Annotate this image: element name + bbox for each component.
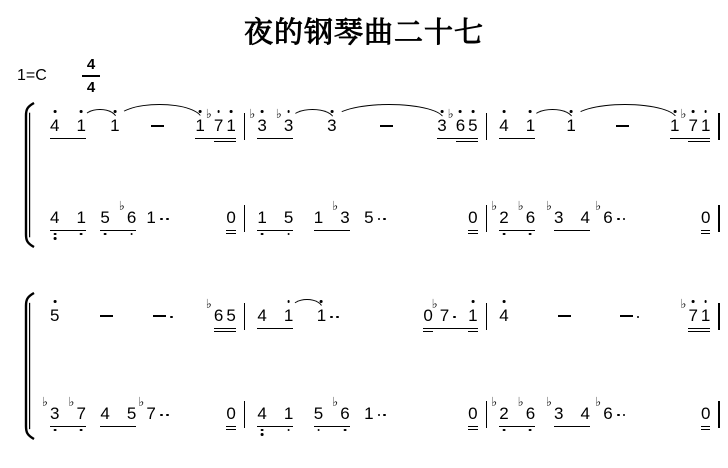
- note-digit-wrap: 7♭: [440, 306, 449, 325]
- augmentation-dot: [623, 414, 626, 417]
- spacer: [86, 196, 100, 246]
- note: 3♭: [554, 392, 563, 442]
- note-digit: 6: [127, 208, 136, 227]
- octave-dot-above: [53, 300, 56, 303]
- octave-dot-above: [330, 110, 333, 113]
- octave-dot-above: [692, 300, 695, 303]
- note: 4: [100, 392, 109, 442]
- dash-line: [616, 125, 629, 127]
- flat-icon: ♭: [68, 396, 74, 408]
- note-digit: 1: [701, 116, 710, 135]
- flat-icon: ♭: [119, 200, 125, 212]
- system-bracket-icon: [22, 102, 37, 248]
- note-digit-wrap: 2♭: [499, 208, 508, 227]
- note-digit-wrap: 1: [226, 116, 235, 135]
- octave-dot-above: [503, 300, 506, 303]
- spacer: [350, 196, 364, 246]
- note-digit-wrap: 4: [581, 404, 590, 423]
- note-digit: 5: [226, 306, 235, 325]
- note-digit: 6: [526, 208, 535, 227]
- beam-line: [701, 429, 710, 430]
- note-digit: 1: [701, 306, 710, 325]
- octave-dot-above: [503, 110, 506, 113]
- flat-icon: ♭: [518, 396, 524, 408]
- note-digit: 7: [214, 116, 223, 135]
- note: 4: [499, 294, 508, 344]
- note: 5: [50, 294, 59, 344]
- octave-dot-above: [217, 110, 220, 113]
- note-digit: 2: [499, 404, 508, 423]
- note-digit-wrap: 6♭: [603, 404, 612, 423]
- note: 6♭: [127, 196, 136, 246]
- octave-dot-below: [53, 429, 56, 432]
- note: 7♭: [440, 294, 456, 344]
- augmentation-dot: [170, 316, 173, 319]
- flat-icon: ♭: [680, 298, 686, 310]
- flat-icon: ♭: [595, 396, 601, 408]
- note: 7♭: [688, 294, 697, 344]
- note: 7♭: [76, 392, 85, 442]
- octave-dot-below: [529, 233, 532, 236]
- octave-dot-above: [704, 110, 707, 113]
- beam-line: [701, 230, 710, 231]
- measure: 41107♭1: [245, 294, 485, 344]
- beam-line: [701, 426, 710, 427]
- note-digit-wrap: 6♭: [526, 208, 535, 227]
- note-digit: 4: [581, 208, 590, 227]
- measure: 2♭6♭3♭46♭0: [487, 392, 718, 442]
- key-signature: 1=C: [17, 67, 47, 85]
- note-digit-wrap: 3♭: [340, 208, 349, 227]
- note: 1: [468, 294, 477, 344]
- note: 6♭: [526, 392, 535, 442]
- augmentation-dot: [166, 218, 169, 221]
- measure: 4156♭10: [245, 392, 485, 442]
- note-digit-wrap: 0: [701, 208, 710, 227]
- measure: 4156♭10: [38, 196, 244, 246]
- beam-group: 41: [257, 294, 293, 344]
- beam-line: [226, 429, 235, 430]
- spacer: [625, 196, 701, 246]
- note-digit: 5: [468, 116, 477, 135]
- note-digit-wrap: 7♭: [214, 116, 223, 135]
- note: 5: [127, 392, 136, 442]
- note-digit-wrap: 5: [226, 306, 235, 325]
- beam-group: 3♭7♭: [50, 392, 86, 442]
- note: 7♭: [146, 392, 168, 442]
- note: 4: [581, 392, 590, 442]
- note: 5: [364, 196, 386, 246]
- note-digit: 3: [50, 404, 59, 423]
- note: 1: [317, 294, 339, 344]
- dash-line: [151, 125, 164, 127]
- note-digit: 1: [364, 404, 373, 423]
- octave-dot-below: [261, 233, 264, 236]
- dash-line: [380, 125, 393, 127]
- note-digit-wrap: 5: [50, 306, 59, 325]
- page-title: 夜的钢琴曲二十七: [0, 0, 728, 51]
- note-digit: 0: [226, 208, 235, 227]
- flat-icon: ♭: [206, 298, 212, 310]
- note-digit: 1: [146, 208, 155, 227]
- note: 3♭: [50, 392, 59, 442]
- staff-row-treble: 41117♭13♭3♭336♭541117♭1: [38, 104, 720, 154]
- octave-dot-below: [503, 429, 506, 432]
- note-digit: 0: [468, 404, 477, 423]
- note-digit: 4: [499, 306, 508, 325]
- note-digit: 7: [688, 306, 697, 325]
- dash-note: [558, 294, 571, 344]
- note-digit: 5: [50, 306, 59, 325]
- octave-dot-below: [80, 429, 83, 432]
- barline: [718, 401, 720, 428]
- note-digit-wrap: 3♭: [554, 208, 563, 227]
- octave-dot-above: [570, 110, 573, 113]
- note-digit-wrap: 0: [701, 404, 710, 423]
- note-digit: 4: [257, 306, 266, 325]
- flat-icon: ♭: [138, 396, 144, 408]
- note-digit: 6: [603, 404, 612, 423]
- augmentation-dot: [383, 218, 386, 221]
- beam-group: 41: [499, 104, 535, 154]
- augmentation-dot: [378, 414, 381, 417]
- note: 6♭: [340, 392, 349, 442]
- note-digit-wrap: 6♭: [340, 404, 349, 423]
- octave-dot-below: [80, 233, 83, 236]
- note: 6♭: [603, 196, 625, 246]
- octave-dot-above: [529, 110, 532, 113]
- note-digit-wrap: 0: [468, 208, 477, 227]
- note-digit: 5: [284, 208, 293, 227]
- note-digit: 3: [554, 208, 563, 227]
- note-digit-wrap: 3♭: [554, 404, 563, 423]
- measure: 3♭7♭457♭0: [38, 392, 244, 442]
- note-digit: 1: [226, 116, 235, 135]
- note-digit: 0: [701, 208, 710, 227]
- note-digit: 4: [100, 404, 109, 423]
- note-digit-wrap: 5: [364, 208, 373, 227]
- beam-group: 17♭1: [195, 104, 235, 154]
- spacer: [350, 392, 364, 442]
- note: 6♭: [526, 196, 535, 246]
- note: 3♭: [284, 104, 293, 154]
- rest-note: 0: [468, 196, 477, 246]
- augmentation-dot: [623, 218, 626, 221]
- note: 7♭: [688, 104, 697, 154]
- note-digit: 4: [257, 404, 266, 423]
- beam-line: [423, 331, 432, 332]
- octave-dot-above: [261, 110, 264, 113]
- octave-dot-below: [503, 233, 506, 236]
- beam-group: 07♭1: [423, 294, 477, 344]
- beam-group: 6♭5: [214, 294, 236, 344]
- note-digit: 6: [340, 404, 349, 423]
- note-digit: 1: [284, 404, 293, 423]
- note-digit-wrap: 0: [226, 404, 235, 423]
- beam-group: 56♭: [314, 392, 350, 442]
- note-digit: 7: [146, 404, 155, 423]
- octave-dot-above: [673, 110, 676, 113]
- note-digit-wrap: 6♭: [526, 404, 535, 423]
- beam-line: [226, 233, 235, 234]
- note-digit-wrap: 5: [127, 404, 136, 423]
- note: 1: [284, 392, 293, 442]
- spacer: [113, 294, 154, 344]
- note-digit: 7: [688, 116, 697, 135]
- note-digit-wrap: 2♭: [499, 404, 508, 423]
- note: 1: [526, 104, 535, 154]
- time-signature-denominator: 4: [80, 77, 102, 95]
- spacer: [169, 196, 227, 246]
- note-digit-wrap: 7♭: [688, 116, 697, 135]
- beam-group: 7♭1: [688, 294, 710, 344]
- note: 5: [226, 294, 235, 344]
- note-digit-wrap: 6♭: [127, 208, 136, 227]
- beam-group: 2♭6♭: [499, 392, 535, 442]
- beam-group: 7♭1: [688, 104, 710, 154]
- octave-dot-above: [441, 110, 444, 113]
- augmentation-dot: [617, 218, 620, 221]
- rest-note: 0: [226, 392, 235, 442]
- octave-dot-above: [320, 300, 323, 303]
- note: 3♭: [340, 196, 349, 246]
- note: 1: [76, 104, 85, 154]
- beam-group: 3♭3♭: [257, 104, 293, 154]
- beam-group: 3♭4: [554, 196, 590, 246]
- flat-icon: ♭: [546, 396, 552, 408]
- note: 5: [314, 392, 323, 442]
- augmentation-dot: [378, 218, 381, 221]
- augmentation-dot: [336, 316, 339, 319]
- note-digit-wrap: 4: [257, 306, 266, 325]
- note-digit-wrap: 1: [284, 404, 293, 423]
- note-digit: 6: [526, 404, 535, 423]
- augmentation-dot: [637, 316, 640, 319]
- system-2: 56♭541107♭147♭1 3♭7♭457♭04156♭102♭6♭3♭46…: [0, 290, 728, 444]
- time-signature-numerator: 4: [80, 55, 102, 75]
- note-digit: 7: [76, 404, 85, 423]
- augmentation-dot: [166, 414, 169, 417]
- system-1: 41117♭13♭3♭336♭541117♭1 4156♭101513♭502♭…: [0, 100, 728, 250]
- note: 2♭: [499, 392, 508, 442]
- spacer: [386, 196, 468, 246]
- spacer: [386, 392, 468, 442]
- beam-line: [468, 429, 477, 430]
- sheet-page: 夜的钢琴曲二十七 1=C 4 4 41117♭13♭3♭336♭541117♭1…: [0, 0, 728, 468]
- note: 4: [257, 392, 266, 442]
- time-signature: 4 4: [80, 55, 102, 95]
- octave-dot-above: [471, 300, 474, 303]
- flat-icon: ♭: [448, 108, 454, 120]
- note-digit-wrap: 5: [100, 208, 109, 227]
- note-digit-wrap: 3♭: [257, 116, 266, 135]
- augmentation-dot: [383, 414, 386, 417]
- beam-group: 6♭5: [456, 104, 478, 154]
- dash-note: [153, 294, 173, 344]
- note-digit-wrap: 7♭: [76, 404, 85, 423]
- note: 6♭: [456, 104, 465, 154]
- flat-icon: ♭: [595, 200, 601, 212]
- octave-dot-below: [529, 429, 532, 432]
- note: 1: [314, 196, 323, 246]
- note-digit: 5: [127, 404, 136, 423]
- beam-group: 13♭: [314, 196, 350, 246]
- octave-dot-below: [53, 237, 56, 240]
- note-digit: 3: [340, 208, 349, 227]
- note-digit-wrap: 1: [146, 208, 155, 227]
- spacer: [136, 196, 146, 246]
- note: 4: [50, 104, 59, 154]
- flat-icon: ♭: [680, 108, 686, 120]
- note-digit-wrap: 4: [50, 116, 59, 135]
- note-digit-wrap: 1: [314, 208, 323, 227]
- note: 4: [257, 294, 266, 344]
- octave-dot-above: [287, 300, 290, 303]
- note-digit-wrap: 6♭: [456, 116, 465, 135]
- barline: [718, 303, 720, 330]
- flat-icon: ♭: [332, 200, 338, 212]
- beam-line: [701, 233, 710, 234]
- augmentation-dot: [330, 316, 333, 319]
- octave-dot-below: [287, 233, 290, 236]
- dash-note: [100, 294, 113, 344]
- staff-row-bass: 3♭7♭457♭04156♭102♭6♭3♭46♭0: [38, 392, 720, 442]
- flat-icon: ♭: [432, 298, 438, 310]
- spacer: [509, 294, 558, 344]
- note-digit: 6: [456, 116, 465, 135]
- note: 1: [701, 294, 710, 344]
- note-digit-wrap: 4: [499, 306, 508, 325]
- beam-line: [468, 230, 477, 231]
- measure: 41117♭1: [487, 104, 718, 154]
- note-digit: 4: [50, 116, 59, 135]
- octave-dot-below: [104, 233, 107, 236]
- note-digit-wrap: 7♭: [688, 306, 697, 325]
- note-digit: 5: [100, 208, 109, 227]
- note-digit: 0: [226, 404, 235, 423]
- note-digit: 0: [701, 404, 710, 423]
- note-digit-wrap: 3♭: [50, 404, 59, 423]
- beam-line: [226, 426, 235, 427]
- spacer: [59, 294, 100, 344]
- octave-dot-above: [80, 110, 83, 113]
- note: 6♭: [214, 294, 223, 344]
- note-digit-wrap: 7♭: [146, 404, 155, 423]
- spacer: [293, 392, 313, 442]
- rest-note: 0: [701, 392, 710, 442]
- note-digit-wrap: 6♭: [214, 306, 223, 325]
- flat-icon: ♭: [276, 108, 282, 120]
- note-digit: 7: [440, 306, 449, 325]
- octave-dot-below: [261, 433, 264, 436]
- barline: [718, 205, 720, 232]
- note: 3♭: [554, 196, 563, 246]
- note-digit-wrap: 1: [468, 306, 477, 325]
- flat-icon: ♭: [491, 200, 497, 212]
- rest-note: 0: [468, 392, 477, 442]
- barline: [718, 113, 720, 140]
- beam-group: 17♭1: [670, 104, 710, 154]
- note-digit-wrap: 1: [701, 306, 710, 325]
- note-digit: 4: [499, 116, 508, 135]
- octave-dot-below: [317, 429, 320, 432]
- augmentation-dot: [453, 316, 456, 319]
- spacer: [169, 392, 227, 442]
- note-digit-wrap: 6♭: [603, 208, 612, 227]
- measure: 1513♭50: [245, 196, 485, 246]
- spacer: [86, 392, 100, 442]
- note: 1: [701, 104, 710, 154]
- note-digit: 6: [603, 208, 612, 227]
- note-digit-wrap: 4: [257, 404, 266, 423]
- spacer: [339, 294, 423, 344]
- note-digit: 4: [581, 404, 590, 423]
- note: 1: [146, 196, 168, 246]
- note-digit-wrap: 5: [468, 116, 477, 135]
- system-bracket-icon: [22, 292, 37, 440]
- note-digit: 6: [214, 306, 223, 325]
- note-digit-wrap: 1: [701, 116, 710, 135]
- note-digit: 5: [314, 404, 323, 423]
- beam-group: 15: [257, 196, 293, 246]
- octave-dot-below: [53, 233, 56, 236]
- beam-group: 36♭5: [437, 104, 477, 154]
- note-digit-wrap: 1: [76, 208, 85, 227]
- note: 4: [581, 196, 590, 246]
- octave-dot-above: [53, 110, 56, 113]
- beam-group: 41: [50, 104, 86, 154]
- dash-note: [620, 294, 640, 344]
- flat-icon: ♭: [206, 108, 212, 120]
- note-digit: 1: [257, 208, 266, 227]
- note-digit-wrap: 4: [100, 404, 109, 423]
- measure: 2♭6♭3♭46♭0: [487, 196, 718, 246]
- note-digit: 0: [468, 208, 477, 227]
- octave-dot-below: [344, 429, 347, 432]
- beam-group: 7♭1: [214, 104, 236, 154]
- measure: 56♭5: [38, 294, 244, 344]
- spacer: [571, 294, 620, 344]
- note-digit-wrap: 0: [468, 404, 477, 423]
- note-digit: 2: [499, 208, 508, 227]
- note-digit-wrap: 5: [284, 208, 293, 227]
- note: 1: [257, 196, 266, 246]
- note-digit: 3: [257, 116, 266, 135]
- note-digit-wrap: 0: [226, 208, 235, 227]
- flat-icon: ♭: [546, 200, 552, 212]
- beam-group: 41: [50, 196, 86, 246]
- octave-dot-below: [287, 429, 290, 432]
- note-digit-wrap: 1: [364, 404, 373, 423]
- staff-row-treble: 56♭541107♭147♭1: [38, 294, 720, 344]
- note: 7♭: [214, 104, 223, 154]
- flat-icon: ♭: [249, 108, 255, 120]
- note: 3: [437, 104, 446, 154]
- augmentation-dot: [617, 414, 620, 417]
- beam-line: [226, 230, 235, 231]
- note-digit-wrap: 4: [50, 208, 59, 227]
- note: 5: [468, 104, 477, 154]
- flat-icon: ♭: [518, 200, 524, 212]
- measure: 47♭1: [487, 294, 718, 344]
- note: 2♭: [499, 196, 508, 246]
- note-digit: 4: [50, 208, 59, 227]
- note: 3♭: [257, 104, 266, 154]
- flat-icon: ♭: [332, 396, 338, 408]
- dash-line: [558, 315, 571, 317]
- note: 4: [50, 196, 59, 246]
- note: 4: [499, 104, 508, 154]
